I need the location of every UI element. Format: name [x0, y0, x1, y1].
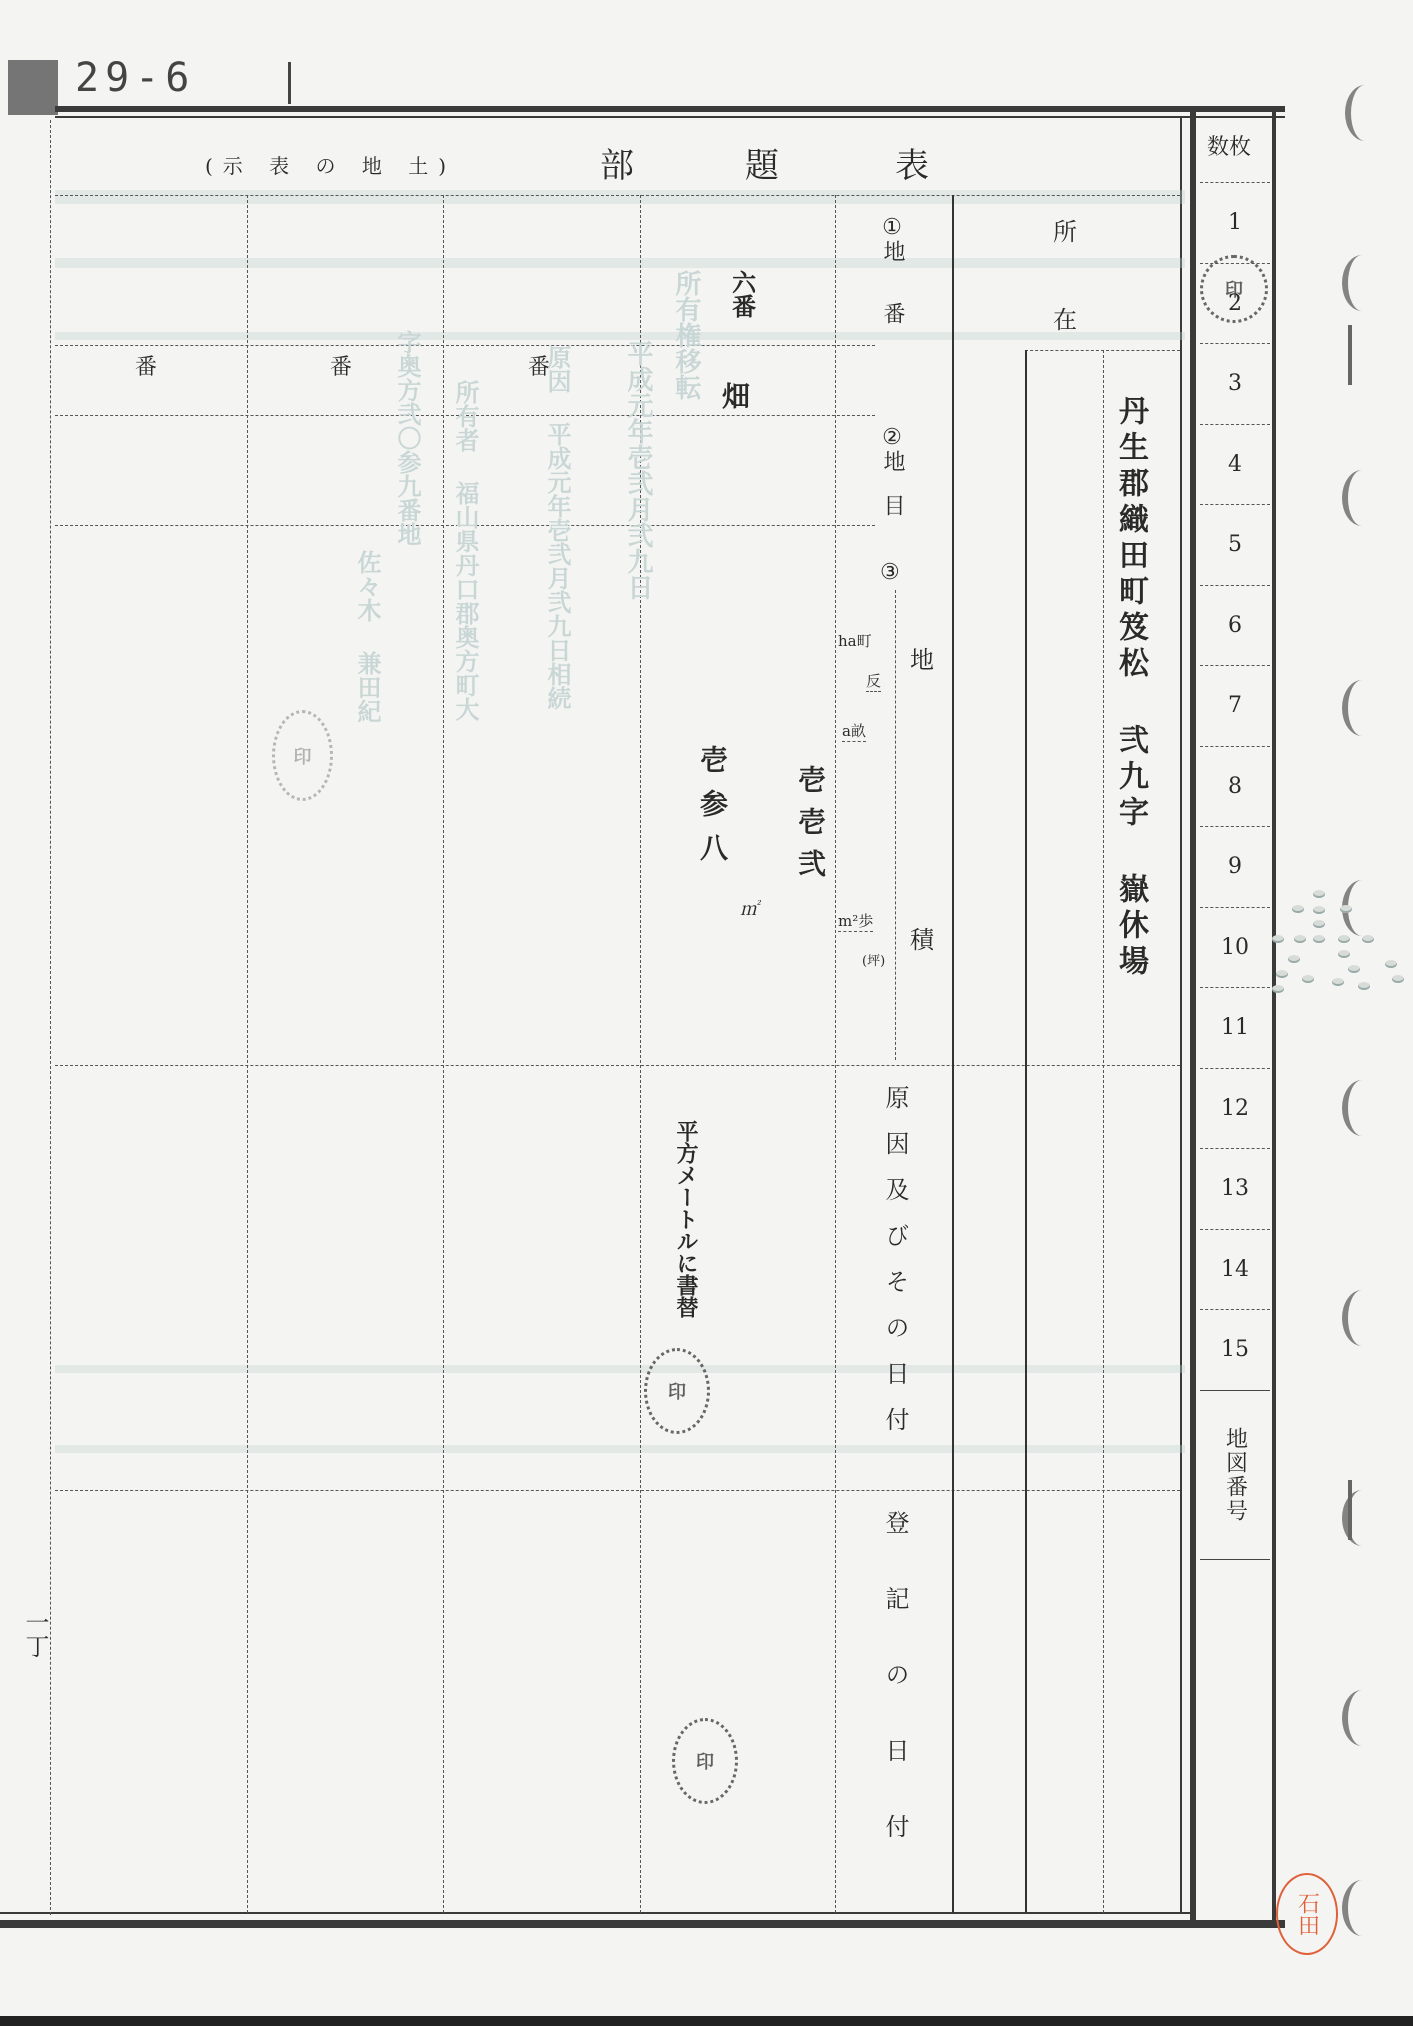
land-category-value: 畑: [722, 375, 750, 415]
black-seal: 印: [1200, 255, 1268, 323]
punch-hole: [1313, 906, 1325, 914]
ghost-band: [55, 258, 1185, 268]
location-value: 丹生郡織田町笈松 弐九字 嶽休場: [1115, 395, 1145, 981]
punch-hole: [1313, 890, 1325, 898]
punch-hole: [1276, 970, 1288, 978]
sheet-count-row: 5: [1200, 504, 1270, 585]
sheet-count-row: 15: [1200, 1309, 1270, 1390]
grid-line: [55, 1490, 1180, 1491]
sheet-count-row: 13: [1200, 1148, 1270, 1229]
corner-mark: [8, 60, 58, 115]
map-number-label: 地図番号: [1200, 1390, 1270, 1560]
page-number: 29-6: [75, 55, 195, 101]
right-inner-border: [1180, 118, 1182, 1913]
sheet-marker: 一丁: [18, 1610, 53, 1658]
ghost-band: [55, 1365, 1185, 1373]
punch-hole: [1348, 965, 1360, 973]
red-seal: 石田: [1276, 1873, 1338, 1955]
punch-hole: [1288, 955, 1300, 963]
bleed-through-text: 原因 平成元年壱弐月弐九日相続: [540, 345, 575, 710]
sheet-count-row: 9: [1200, 826, 1270, 907]
col-line: [952, 195, 954, 1913]
bleed-through-text: 所有者 福山県丹口郡奥方町大: [448, 380, 483, 721]
ghost-band: [55, 1445, 1185, 1453]
area-unit-label: ha町: [838, 630, 872, 651]
sheet-count-header: 数枚: [1207, 130, 1251, 161]
punch-hole: [1292, 905, 1304, 913]
punch-hole: [1385, 960, 1397, 968]
sheet-count-row: 8: [1200, 746, 1270, 827]
grid-line: [55, 345, 875, 346]
bleed-through-text: 佐々木 兼田紀: [350, 550, 385, 723]
bleed-through-text: 字奥方弐〇参九番地: [390, 330, 425, 546]
location-label-char: 在: [1053, 300, 1077, 335]
bleed-through-text: 所有権移転: [668, 270, 705, 400]
col-line: [835, 195, 836, 1913]
header-subtitle: (示 表 の 地 土): [205, 150, 456, 179]
registration-date-label: 登記の日付: [878, 1510, 913, 1890]
punch-hole: [1392, 975, 1404, 983]
location-label-char: 所: [1053, 212, 1077, 247]
sheet-count-row: 12: [1200, 1068, 1270, 1149]
col-line: [1025, 350, 1027, 1913]
area-unit-label: m²歩: [838, 910, 873, 932]
cause-label: 原因及びその日付: [878, 1085, 913, 1453]
punch-hole: [1362, 935, 1374, 943]
top-border: [55, 106, 1285, 112]
sheet-count-row: 14: [1200, 1229, 1270, 1310]
punch-hole: [1313, 935, 1325, 943]
binder-ring-icon: [1342, 1690, 1382, 1746]
binder-ring-icon: [1342, 680, 1382, 736]
col-line: [443, 195, 444, 1913]
grid-line: [55, 195, 1180, 196]
punch-hole: [1338, 950, 1350, 958]
staple-icon: [1348, 325, 1352, 385]
empty-slot-label: 番: [135, 350, 157, 381]
bottom-border-thin: [0, 1912, 1190, 1914]
col-line: [1103, 350, 1104, 1913]
area-unit-label: a畝: [842, 720, 866, 742]
punch-hole: [1272, 935, 1284, 943]
sheet-count-right-border: [1272, 110, 1276, 1925]
grid-line: [55, 1065, 1180, 1066]
staple-icon: [1348, 1480, 1352, 1540]
punch-hole: [1313, 920, 1325, 928]
punch-hole: [1338, 935, 1350, 943]
area-unit-label: (坪): [862, 950, 885, 969]
sheet-count-list: 1 2 3 4 5 6 7 8 9 10 11 12 13 14 15 地図番号: [1200, 182, 1270, 1560]
header-title-char: 部: [600, 138, 634, 187]
binder-ring-icon: [1342, 1080, 1382, 1136]
bleed-through-text: 平成元年壱弐月弐九日: [620, 340, 657, 600]
ghost-band: [55, 332, 1185, 340]
bottom-border: [0, 1920, 1285, 1928]
binder-ring-icon: [1342, 1880, 1382, 1936]
page-bottom-edge: [0, 2016, 1413, 2026]
lot-number-label: ① 地番: [877, 215, 907, 364]
black-seal: 印: [272, 710, 333, 801]
punch-hole: [1294, 935, 1306, 943]
binder-ring-icon: [1345, 85, 1385, 141]
area-marker: ③: [880, 560, 900, 585]
empty-slot-label: 番: [330, 350, 352, 381]
area-unit: ㎡: [740, 895, 758, 921]
header-title-char: 題: [745, 138, 779, 187]
sheet-count-row: 1: [1200, 182, 1270, 263]
ghost-band: [55, 190, 1185, 204]
binder-ring-icon: [1342, 1290, 1382, 1346]
area-label-char: 積: [910, 920, 934, 955]
binder-ring-icon: [1342, 255, 1382, 311]
punch-hole: [1332, 978, 1344, 986]
black-seal: 印: [644, 1348, 710, 1434]
area-unit-label: 反: [866, 670, 881, 692]
header-title-char: 表: [895, 138, 929, 187]
right-main-border: [1190, 110, 1196, 1920]
sheet-count-row: 3: [1200, 343, 1270, 424]
top-border-thin: [55, 116, 1285, 118]
stamp-note: 平方メートルに書替: [670, 1120, 701, 1318]
area-old-value: 壱壱弐: [790, 765, 830, 891]
land-category-label: ② 地目: [877, 425, 907, 538]
sheet-count-row: 7: [1200, 665, 1270, 746]
header-tick: [288, 62, 291, 104]
sheet-count-row: 10: [1200, 907, 1270, 988]
sheet-count-row: 6: [1200, 585, 1270, 666]
col-line: [895, 590, 896, 1060]
sheet-count-row: 4: [1200, 424, 1270, 505]
sheet-count-row: 11: [1200, 987, 1270, 1068]
binder-ring-icon: [1342, 470, 1382, 526]
col-line: [247, 195, 248, 1913]
punch-hole: [1340, 905, 1352, 913]
punch-hole: [1272, 985, 1284, 993]
punch-hole: [1358, 982, 1370, 990]
area-label-char: 地: [910, 640, 934, 675]
punch-hole: [1302, 975, 1314, 983]
black-seal: 印: [672, 1718, 738, 1804]
lot-number-value: 六番: [725, 270, 765, 318]
area-m2-value: 壱参八: [692, 745, 732, 877]
